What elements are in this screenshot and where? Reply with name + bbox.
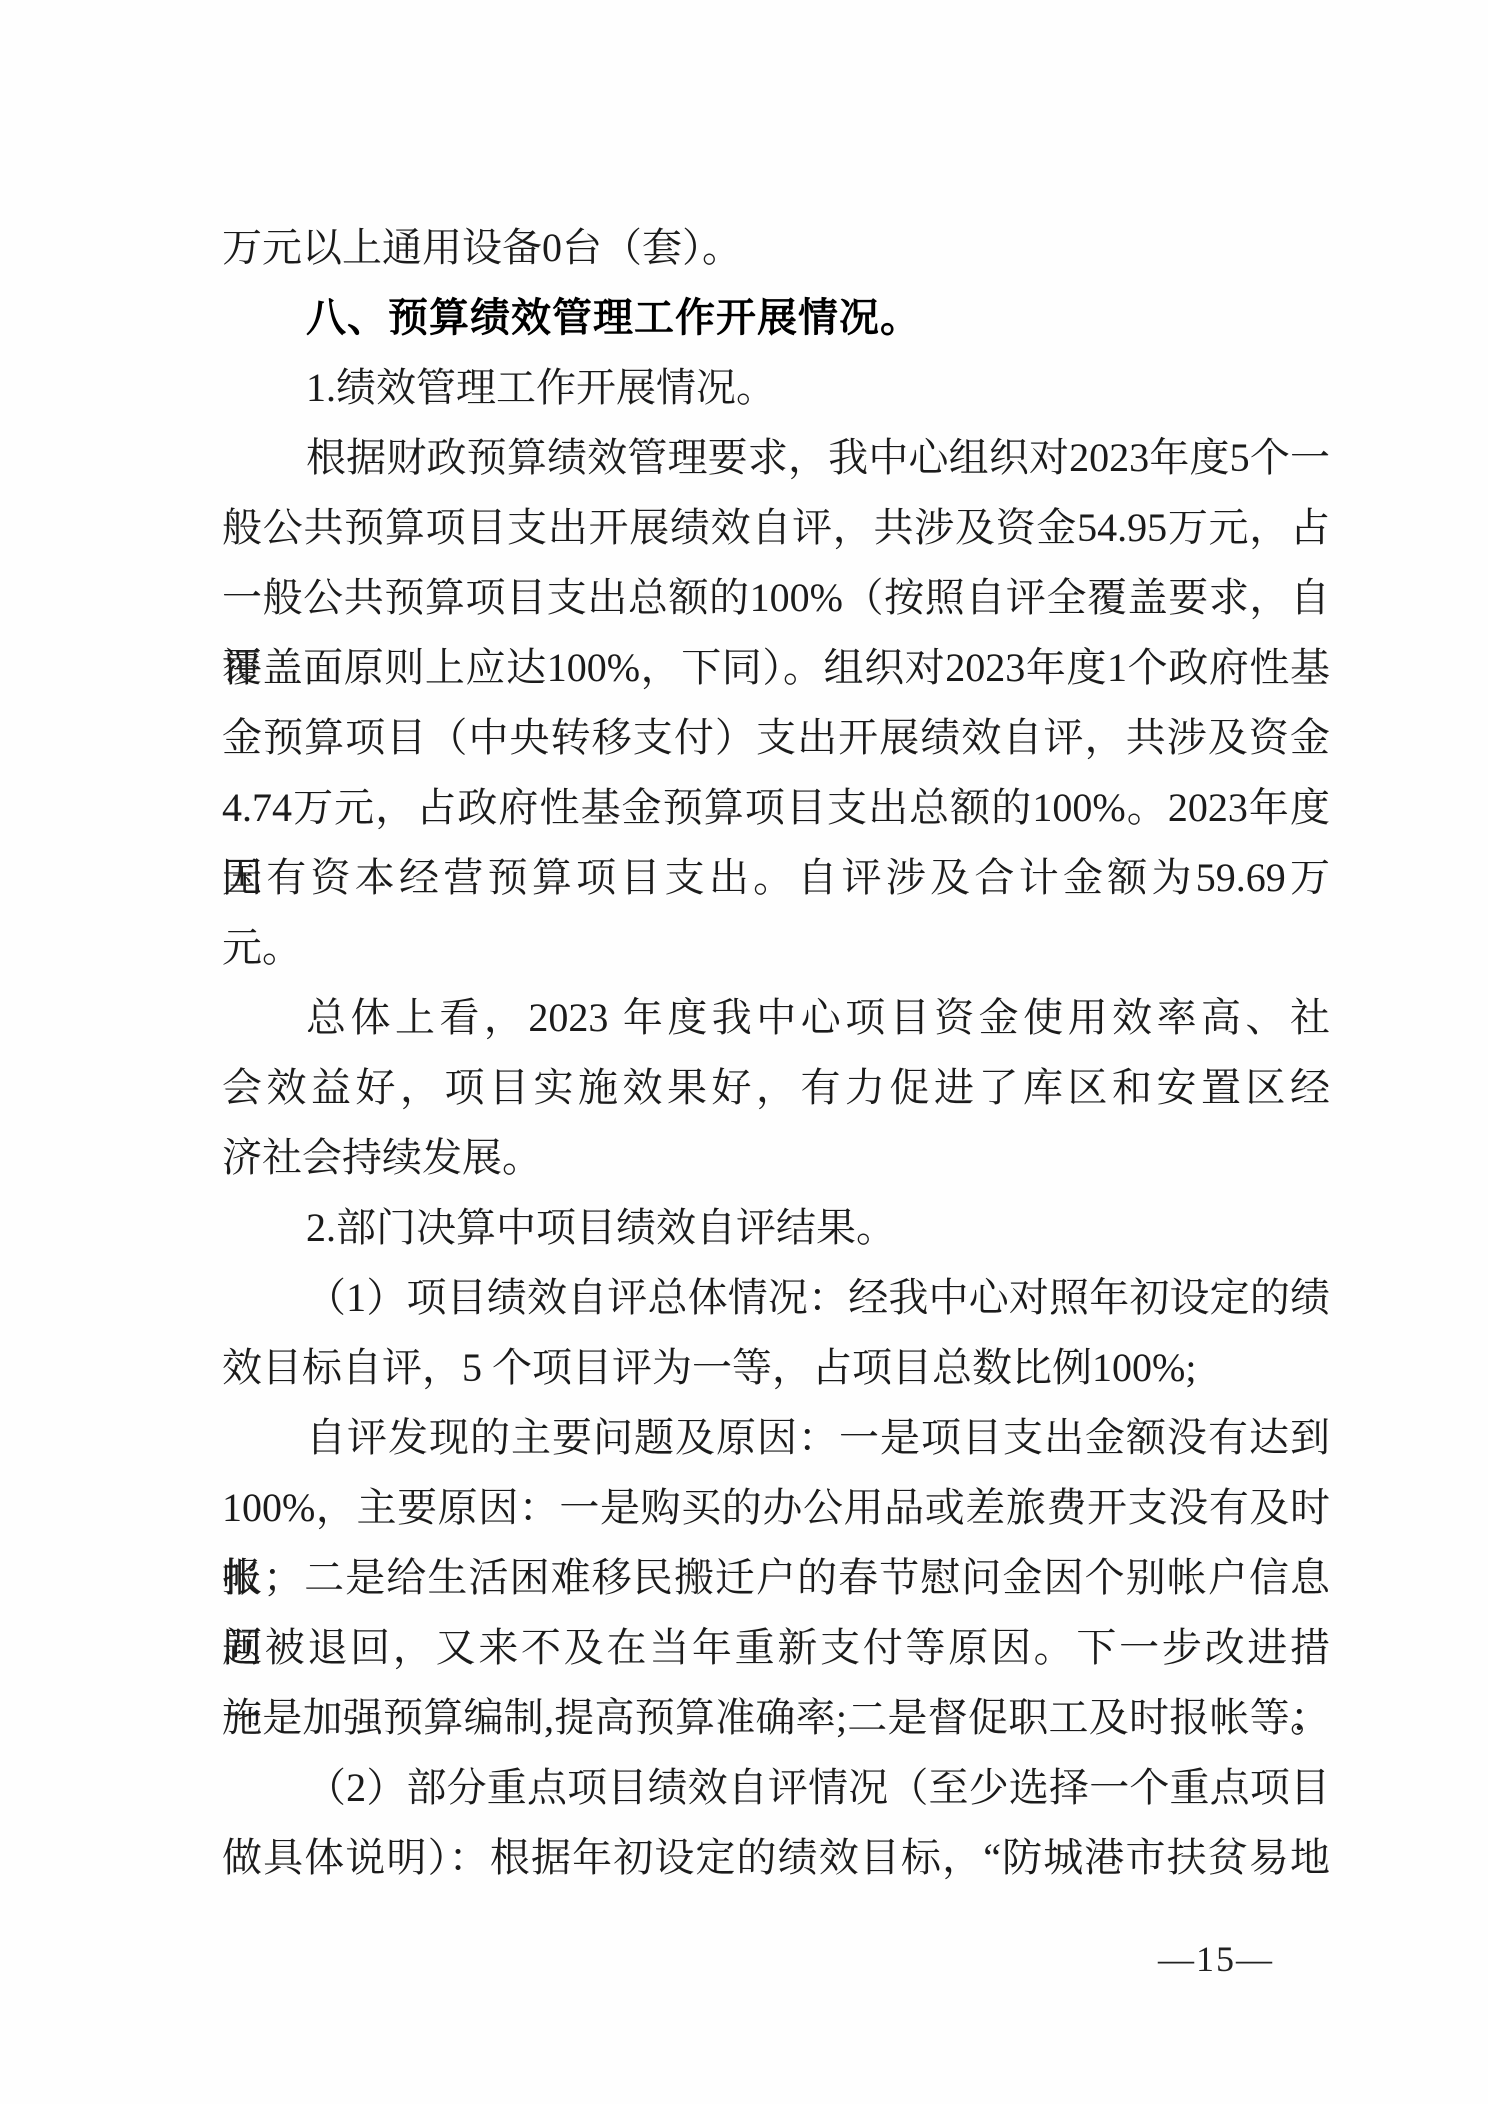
text-line: 1.绩效管理工作开展情况。 [222,353,1330,423]
text-line: 100%，主要原因：一是购买的办公用品或差旅费开支没有及时报 [222,1473,1330,1543]
text-line: 金预算项目（中央转移支付）支出开展绩效自评，共涉及资金 [222,703,1330,773]
document-body: 万元以上通用设备0台（套）。八、预算绩效管理工作开展情况。1.绩效管理工作开展情… [222,213,1330,1893]
text-line: 根据财政预算绩效管理要求，我中心组织对2023年度5个一 [222,423,1330,493]
text-line: 2.部门决算中项目绩效自评结果。 [222,1193,1330,1263]
text-line: 一是加强预算编制,提高预算准确率;二是督促职工及时报帐等。 [222,1683,1330,1753]
page-number: —15— [1158,1938,1274,1980]
document-page: 万元以上通用设备0台（套）。八、预算绩效管理工作开展情况。1.绩效管理工作开展情… [0,0,1488,2104]
text-line: 一般公共预算项目支出总额的100%（按照自评全覆盖要求，自评 [222,563,1330,633]
text-line: 覆盖面原则上应达100%，下同）。组织对2023年度1个政府性基 [222,633,1330,703]
text-line: 般公共预算项目支出开展绩效自评，共涉及资金54.95万元，占 [222,493,1330,563]
text-line: 济社会持续发展。 [222,1123,1330,1193]
text-line: 效目标自评，5 个项目评为一等，占项目总数比例100%; [222,1333,1330,1403]
text-line: （1）项目绩效自评总体情况：经我中心对照年初设定的绩 [222,1263,1330,1333]
text-line: 4.74万元，占政府性基金预算项目支出总额的100%。2023年度无 [222,773,1330,843]
text-line: 自评发现的主要问题及原因：一是项目支出金额没有达到 [222,1403,1330,1473]
text-line: 会效益好，项目实施效果好，有力促进了库区和安置区经 [222,1053,1330,1123]
text-line: 帐；二是给生活困难移民搬迁户的春节慰问金因个别帐户信息问 [222,1543,1330,1613]
text-line: 国有资本经营预算项目支出。自评涉及合计金额为59.69万 [222,843,1330,913]
text-line: 题被退回，又来不及在当年重新支付等原因。下一步改进措施： [222,1613,1330,1683]
text-line: 八、预算绩效管理工作开展情况。 [222,283,1330,353]
text-line: 元。 [222,913,1330,983]
text-line: 万元以上通用设备0台（套）。 [222,213,1330,283]
text-line: （2）部分重点项目绩效自评情况（至少选择一个重点项目 [222,1753,1330,1823]
text-line: 做具体说明）：根据年初设定的绩效目标，“防城港市扶贫易地 [222,1823,1330,1893]
text-line: 总体上看，2023 年度我中心项目资金使用效率高、社 [222,983,1330,1053]
